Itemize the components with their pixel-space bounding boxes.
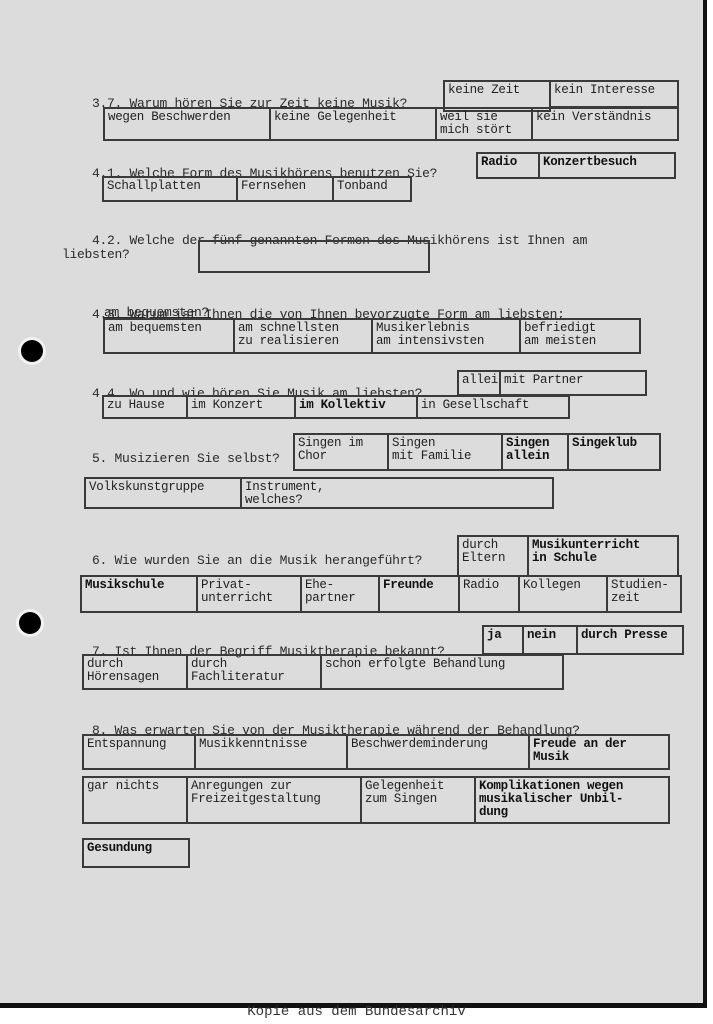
option-allein[interactable]: allein <box>457 370 501 396</box>
option-kollegen[interactable]: Kollegen <box>518 575 608 613</box>
option-ja[interactable]: ja <box>482 625 524 655</box>
option-singen-im-chor[interactable]: Singen im Chor <box>293 433 389 471</box>
option-in-gesellschaft[interactable]: in Gesellschaft <box>416 395 570 419</box>
option-instrument[interactable]: Instrument, welches? <box>240 477 554 509</box>
option-ehepartner[interactable]: Ehe- partner <box>300 575 380 613</box>
option-kein-verstaendnis[interactable]: kein Verständnis <box>531 107 679 141</box>
option-gar-nichts[interactable]: gar nichts <box>82 776 188 824</box>
option-volkskunstgruppe[interactable]: Volkskunstgruppe <box>84 477 242 509</box>
archive-footer: Kopie aus dem Bundesarchiv <box>0 1004 713 1020</box>
option-befriedigt[interactable]: befriedigt am meisten <box>519 318 641 354</box>
option-gesundung[interactable]: Gesundung <box>82 838 190 868</box>
option-kein-interesse[interactable]: kein Interesse <box>549 80 679 108</box>
option-im-konzert[interactable]: im Konzert <box>186 395 296 419</box>
option-musikunterricht-schule[interactable]: Musikunterricht in Schule <box>527 535 679 577</box>
option-nein[interactable]: nein <box>522 625 578 655</box>
option-radio-6[interactable]: Radio <box>458 575 520 613</box>
question-text: Wie wurden Sie an die Musik herangeführt… <box>115 553 423 568</box>
option-schon-erfolgte-behandlung[interactable]: schon erfolgte Behandlung <box>320 654 564 690</box>
option-keine-gelegenheit[interactable]: keine Gelegenheit <box>269 107 437 141</box>
question-number: 4.2. <box>92 233 122 248</box>
question-number: 6. <box>92 553 107 568</box>
option-radio[interactable]: Radio <box>476 152 540 179</box>
option-entspannung[interactable]: Entspannung <box>82 734 196 770</box>
question-text: Musizieren Sie selbst? <box>115 451 280 466</box>
option-singen-allein[interactable]: Singen allein <box>501 433 569 471</box>
option-durch-fachliteratur[interactable]: durch Fachliteratur <box>186 654 322 690</box>
option-freunde[interactable]: Freunde <box>378 575 460 613</box>
answer-field-favorite-form[interactable] <box>198 240 430 273</box>
option-weil-sie-mich-stoert[interactable]: weil sie mich stört <box>435 107 533 141</box>
option-beschwerdeminderung[interactable]: Beschwerdeminderung <box>346 734 530 770</box>
option-durch-hoerensagen[interactable]: durch Hörensagen <box>82 654 188 690</box>
question-number: 5. <box>92 451 107 466</box>
document-page: 3.7. Warum hören Sie zur Zeit keine Musi… <box>0 0 707 1008</box>
option-am-bequemsten[interactable]: am bequemsten <box>103 318 235 354</box>
option-musikschule[interactable]: Musikschule <box>80 575 198 613</box>
option-am-schnellsten[interactable]: am schnellsten zu realisieren <box>233 318 373 354</box>
option-singeklub[interactable]: Singeklub <box>567 433 661 471</box>
option-komplikationen[interactable]: Komplikationen wegen musikalischer Unbil… <box>474 776 670 824</box>
option-konzertbesuch[interactable]: Konzertbesuch <box>538 152 676 179</box>
option-studienzeit[interactable]: Studien- zeit <box>606 575 682 613</box>
option-mit-partner[interactable]: mit Partner <box>499 370 647 396</box>
punch-hole-bottom <box>19 612 41 634</box>
option-privatunterricht[interactable]: Privat- unterricht <box>196 575 302 613</box>
option-anregungen-freizeit[interactable]: Anregungen zur Freizeitgestaltung <box>186 776 362 824</box>
option-im-kollektiv[interactable]: im Kollektiv <box>294 395 418 419</box>
option-durch-eltern[interactable]: durch Eltern <box>457 535 529 577</box>
option-musikkenntnisse[interactable]: Musikkenntnisse <box>194 734 348 770</box>
option-singen-mit-familie[interactable]: Singen mit Familie <box>387 433 503 471</box>
option-zu-hause[interactable]: zu Hause <box>102 395 188 419</box>
option-wegen-beschwerden[interactable]: wegen Beschwerden <box>103 107 271 141</box>
option-fernsehen[interactable]: Fernsehen <box>236 176 334 202</box>
option-freude-an-der-musik[interactable]: Freude an der Musik <box>528 734 670 770</box>
option-tonband[interactable]: Tonband <box>332 176 412 202</box>
option-gelegenheit-singen[interactable]: Gelegenheit zum Singen <box>360 776 476 824</box>
punch-hole-top <box>21 340 43 362</box>
option-schallplatten[interactable]: Schallplatten <box>102 176 238 202</box>
option-musikerlebnis[interactable]: Musikerlebnis am intensivsten <box>371 318 521 354</box>
question-5: 5. Musizieren Sie selbst? <box>62 438 280 480</box>
option-durch-presse[interactable]: durch Presse <box>576 625 684 655</box>
